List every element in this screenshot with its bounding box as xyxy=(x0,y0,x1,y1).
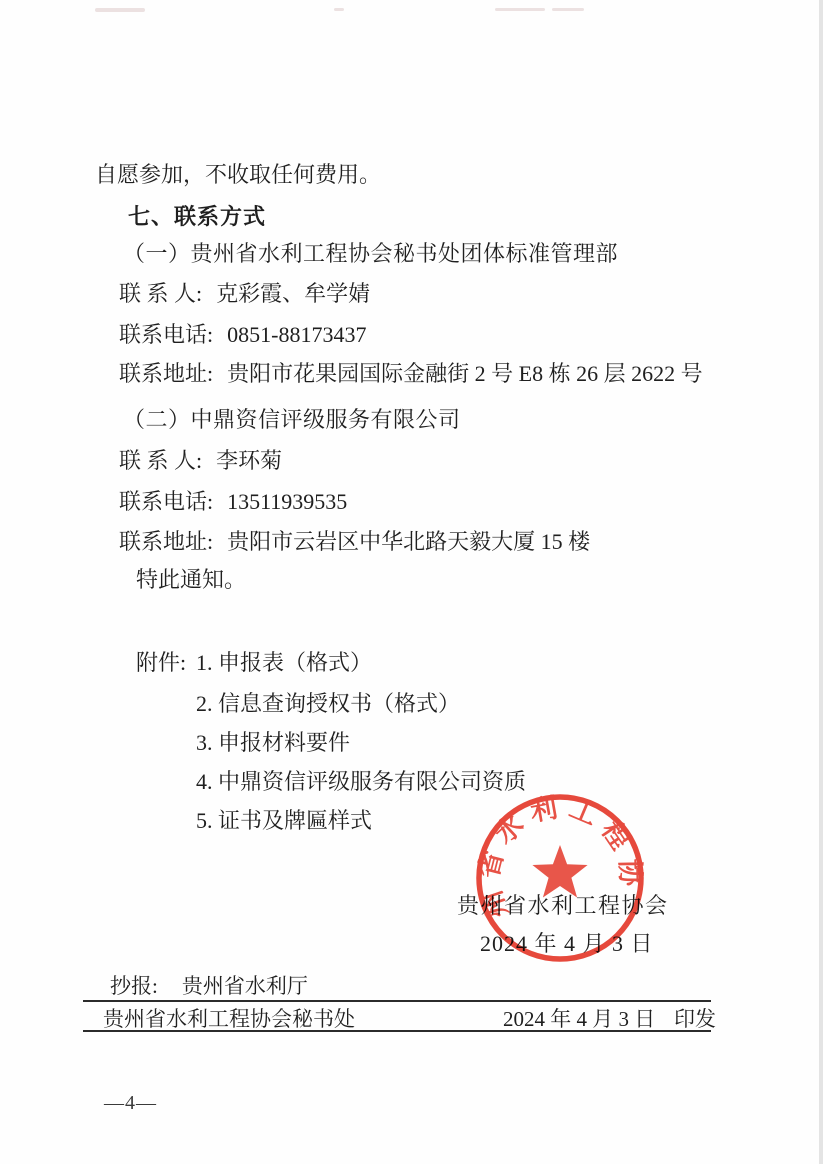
cc-value: 贵州省水利厅 xyxy=(182,974,308,999)
contact2-address-row: 联系地址:贵阳市云岩区中华北路天毅大厦 15 楼 xyxy=(119,529,590,555)
scan-artifact xyxy=(495,8,545,11)
scan-edge-shadow xyxy=(819,0,823,1164)
page-number: —4— xyxy=(104,1092,157,1116)
scan-artifact xyxy=(334,8,344,11)
colophon-issuer: 贵州省水利工程协会秘书处 xyxy=(103,1007,355,1032)
colophon-date: 2024 年 4 月 3 日 xyxy=(503,1007,655,1032)
contact2-address-value: 贵阳市云岩区中华北路天毅大厦 15 楼 xyxy=(227,529,590,555)
contact1-org: （一）贵州省水利工程协会秘书处团体标准管理部 xyxy=(123,241,618,267)
attachments-label: 附件: xyxy=(136,650,186,676)
colophon-rule-bottom xyxy=(83,1030,711,1032)
scan-artifact xyxy=(552,8,584,11)
closing-line: 特此通知。 xyxy=(136,567,246,593)
contact1-phone-value: 0851-88173437 xyxy=(227,322,366,348)
contact1-address-row: 联系地址:贵阳市花果园国际金融街 2 号 E8 栋 26 层 2622 号 xyxy=(119,361,703,387)
section-heading: 七、联系方式 xyxy=(128,204,266,230)
attachment-item-5: 5. 证书及牌匾样式 xyxy=(196,808,372,834)
contact1-address-label: 联系地址: xyxy=(119,361,213,387)
document-page: 自愿参加，不收取任何费用。 七、联系方式 （一）贵州省水利工程协会秘书处团体标准… xyxy=(0,0,823,1164)
contact2-address-label: 联系地址: xyxy=(119,529,213,555)
contact2-phone-row: 联系电话:13511939535 xyxy=(119,489,347,515)
colophon-rule-top xyxy=(83,1000,711,1002)
cc-label: 抄报: xyxy=(110,974,158,999)
contact1-phone-label: 联系电话: xyxy=(119,322,213,348)
contact1-address-value: 贵阳市花果园国际金融街 2 号 E8 栋 26 层 2622 号 xyxy=(227,361,702,387)
contact1-person-value: 克彩霞、牟学婧 xyxy=(216,281,370,307)
official-seal: 贵州省水利工程协会 xyxy=(472,790,648,966)
attachment-item-2: 2. 信息查询授权书（格式） xyxy=(196,691,460,717)
contact2-person-row: 联 系 人:李环菊 xyxy=(119,448,282,474)
colophon-print-label: 印发 xyxy=(674,1007,716,1032)
cc-row: 抄报:贵州省水利厅 xyxy=(110,974,308,999)
contact2-person-value: 李环菊 xyxy=(216,448,282,474)
contact2-phone-value: 13511939535 xyxy=(227,489,347,515)
attachment-item-1: 1. 申报表（格式） xyxy=(196,650,372,676)
contact1-person-row: 联 系 人:克彩霞、牟学婧 xyxy=(119,281,370,307)
contact2-phone-label: 联系电话: xyxy=(119,489,213,515)
scan-artifact xyxy=(95,8,145,12)
contact1-phone-row: 联系电话:0851-88173437 xyxy=(119,322,366,348)
contact2-person-label: 联 系 人: xyxy=(119,448,202,474)
intro-paragraph: 自愿参加，不收取任何费用。 xyxy=(95,162,381,188)
red-star-icon xyxy=(532,845,587,898)
contact2-org: （二）中鼎资信评级服务有限公司 xyxy=(123,407,461,433)
contact1-person-label: 联 系 人: xyxy=(119,281,202,307)
attachment-item-3: 3. 申报材料要件 xyxy=(196,730,350,756)
